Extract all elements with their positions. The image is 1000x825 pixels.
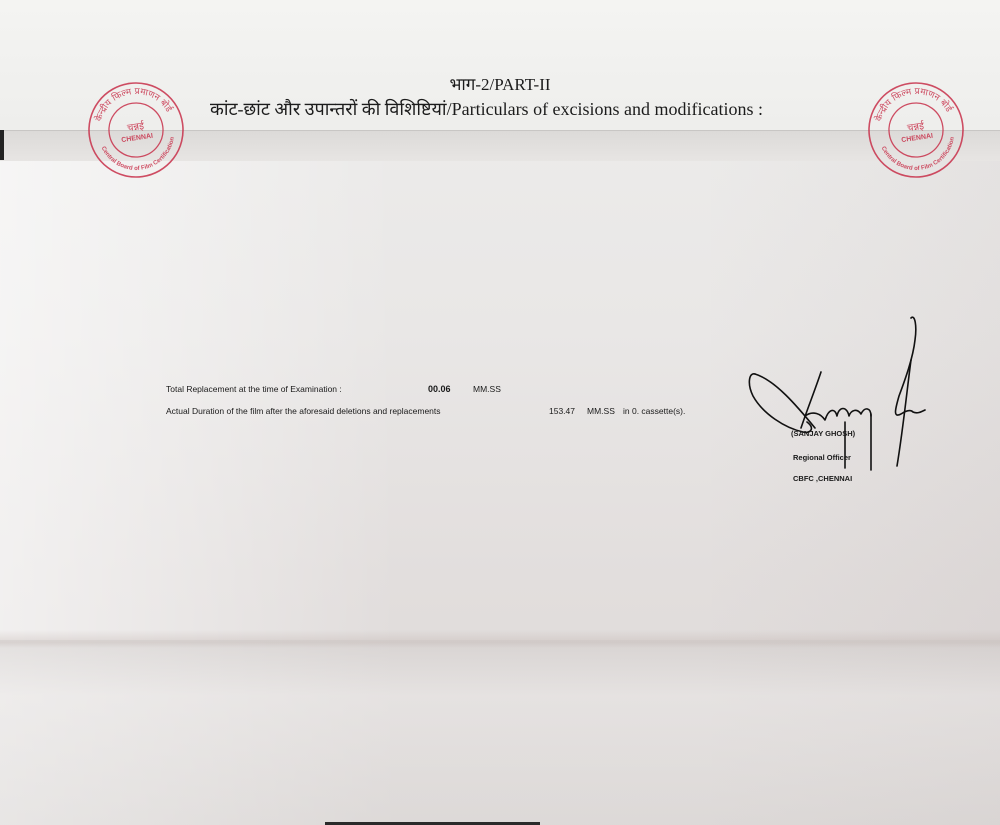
- svg-text:CHENNAI: CHENNAI: [121, 133, 154, 144]
- cassette-count: in 0. cassette(s).: [623, 406, 685, 416]
- replacement-label: Total Replacement at the time of Examina…: [166, 384, 342, 394]
- duration-value: 153.47: [549, 406, 575, 416]
- svg-text:CHENNAI: CHENNAI: [901, 133, 934, 144]
- lower-fold-area: [0, 640, 1000, 825]
- svg-text:चन्नई: चन्नई: [906, 120, 926, 134]
- seal-icon: केन्द्रीय फिल्म प्रमाणन बोर्ड Central Bo…: [80, 74, 193, 187]
- replacement-unit: MM.SS: [473, 384, 501, 394]
- signatory-name: (SANJAY GHOSH): [791, 429, 855, 438]
- signature-block: (SANJAY GHOSH) Regional Officer CBFC ,CH…: [745, 310, 935, 490]
- cbfc-stamp-right: केन्द्रीय फिल्म प्रमाणन बोर्ड Central Bo…: [860, 74, 973, 187]
- handwritten-signature-icon: [745, 310, 935, 490]
- duration-label: Actual Duration of the film after the af…: [166, 406, 441, 416]
- seal-icon: केन्द्रीय फिल्म प्रमाणन बोर्ड Central Bo…: [860, 74, 973, 187]
- left-edge-shadow: [0, 130, 4, 160]
- duration-unit: MM.SS: [587, 406, 615, 416]
- replacement-value: 00.06: [428, 384, 451, 394]
- svg-text:चन्नई: चन्नई: [126, 120, 146, 134]
- signatory-role: Regional Officer: [793, 453, 851, 462]
- signatory-office: CBFC ,CHENNAI: [793, 474, 852, 483]
- cbfc-stamp-left: केन्द्रीय फिल्म प्रमाणन बोर्ड Central Bo…: [80, 74, 193, 187]
- section-heading: कांट-छांट और उपान्तरों की विशिष्टियां/Pa…: [210, 97, 860, 121]
